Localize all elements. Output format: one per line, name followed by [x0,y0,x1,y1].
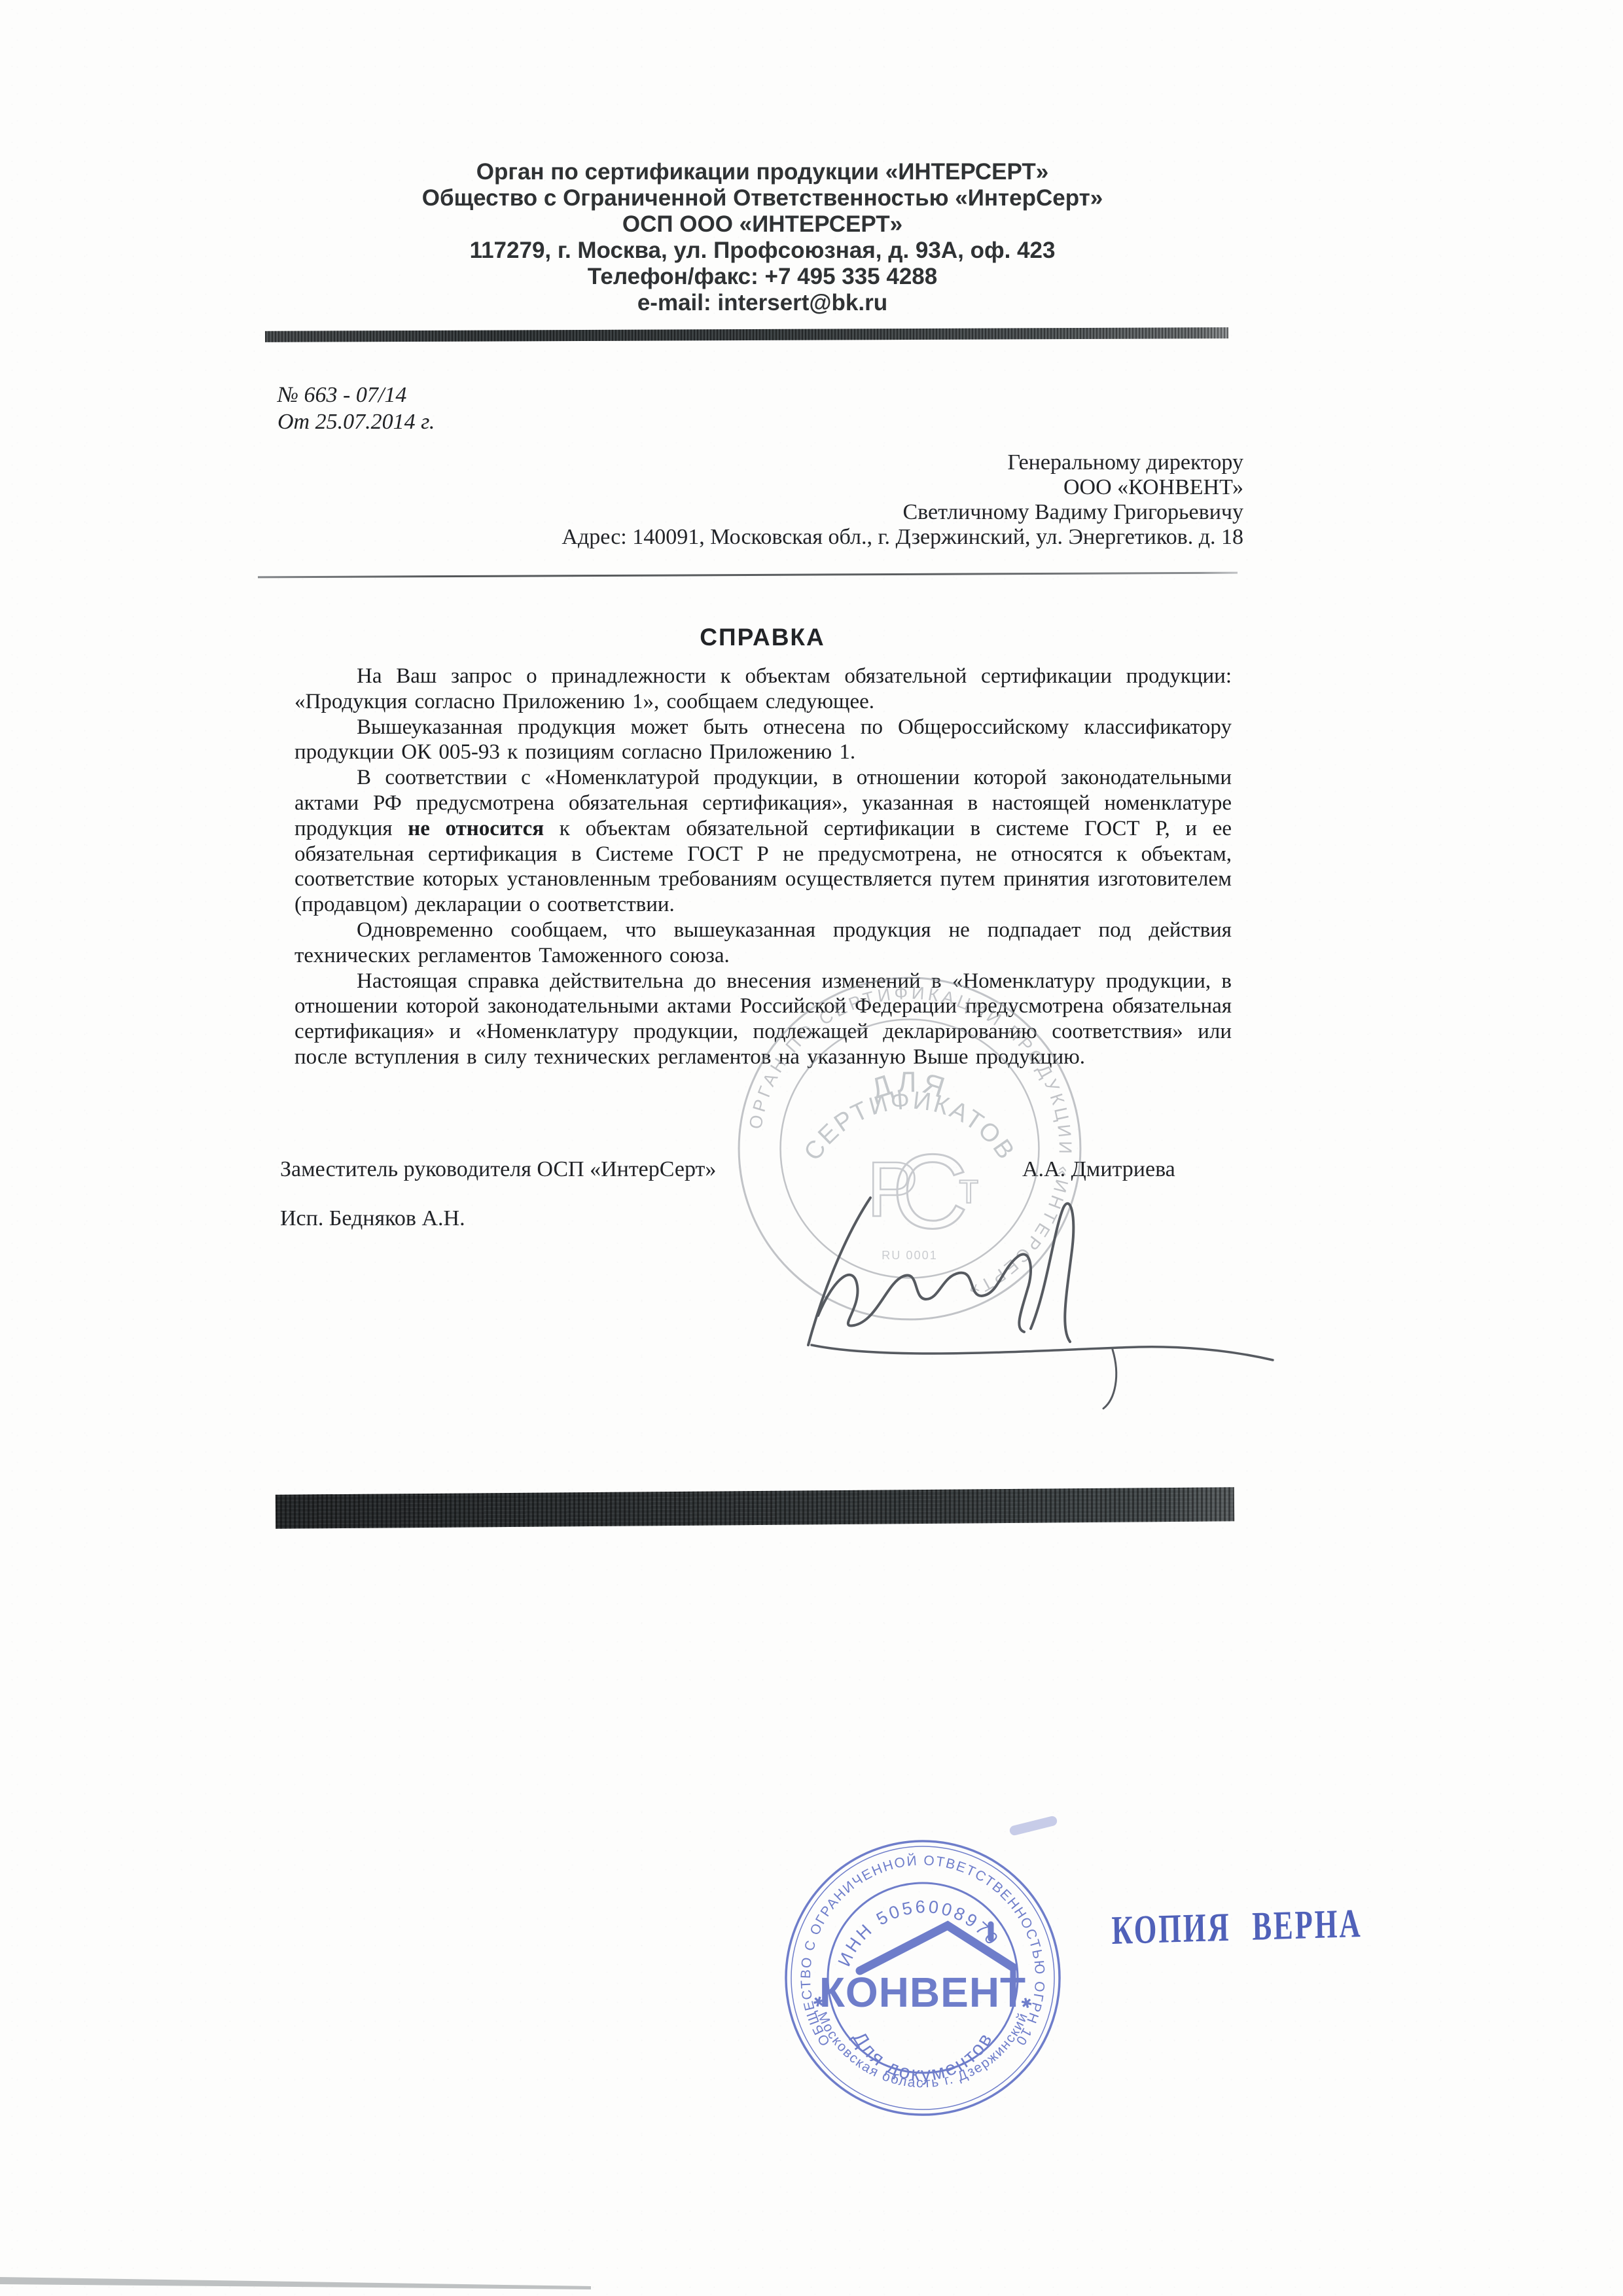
reference-number: № 663 - 07/14 [277,382,435,408]
paragraph-3: В соответствии с «Номенклатурой продукци… [294,765,1232,918]
black-separator-bar [276,1487,1234,1529]
addressee-person: Светличному Вадиму Григорьевичу [288,500,1243,525]
page-title: СПРАВКА [294,624,1230,651]
letterhead-separator-bar [265,327,1228,342]
paragraph-4: Одновременно сообщаем, что вышеуказанная… [294,918,1232,969]
addressee-company: ООО «КОНВЕНТ» [288,475,1243,500]
reference-block: № 663 - 07/14 От 25.07.2014 г. [277,382,435,435]
ink-smudge [1008,1815,1058,1836]
executor-line: Исп. Бедняков А.Н. [280,1206,465,1231]
handwritten-signature [772,1178,1296,1420]
paragraph-2: Вышеуказанная продукция может быть отнес… [294,715,1232,766]
signatory-position: Заместитель руководителя ОСП «ИнтерСерт» [280,1157,716,1182]
letterhead-company-line: Общество с Ограниченной Ответственностью… [294,185,1230,211]
paragraph-1: На Ваш запрос о принадлежности к объекта… [294,664,1232,715]
paragraph-3-bold: не относится [408,817,544,840]
seal-inn-text: ИНН 5056008970 [827,1886,1005,1971]
letterhead: Орган по сертификации продукции «ИНТЕРСЕ… [294,159,1230,316]
company-seal-konvent: ОБЩЕСТВО С ОГРАНИЧЕННОЙ ОТВЕТСТВЕННОСТЬЮ… [780,1835,1065,2121]
scan-artifact-line [0,2265,654,2296]
addressee-address: Адрес: 140091, Московская обл., г. Дзерж… [288,525,1243,550]
letterhead-email-line: e-mail: intersert@bk.ru [294,290,1230,316]
addressee-position: Генеральному директору [288,450,1243,475]
letterhead-phone-line: Телефон/факс: +7 495 335 4288 [294,264,1230,290]
addressee-separator-line [258,572,1238,579]
addressee-block: Генеральному директору ООО «КОНВЕНТ» Све… [288,450,1243,550]
letterhead-org-line: Орган по сертификации продукции «ИНТЕРСЕ… [294,159,1230,185]
copy-verified-stamp: КОПИЯ ВЕРНА [1111,1901,1363,1954]
letterhead-address-line: 117279, г. Москва, ул. Профсоюзная, д. 9… [294,238,1230,264]
scanned-letter-page: Орган по сертификации продукции «ИНТЕРСЕ… [0,0,1623,2296]
letterhead-osp-line: ОСП ООО «ИНТЕРСЕРТ» [294,211,1230,238]
seal-company-name: КОНВЕНТ [819,1969,1026,2016]
reference-date: От 25.07.2014 г. [277,408,435,435]
